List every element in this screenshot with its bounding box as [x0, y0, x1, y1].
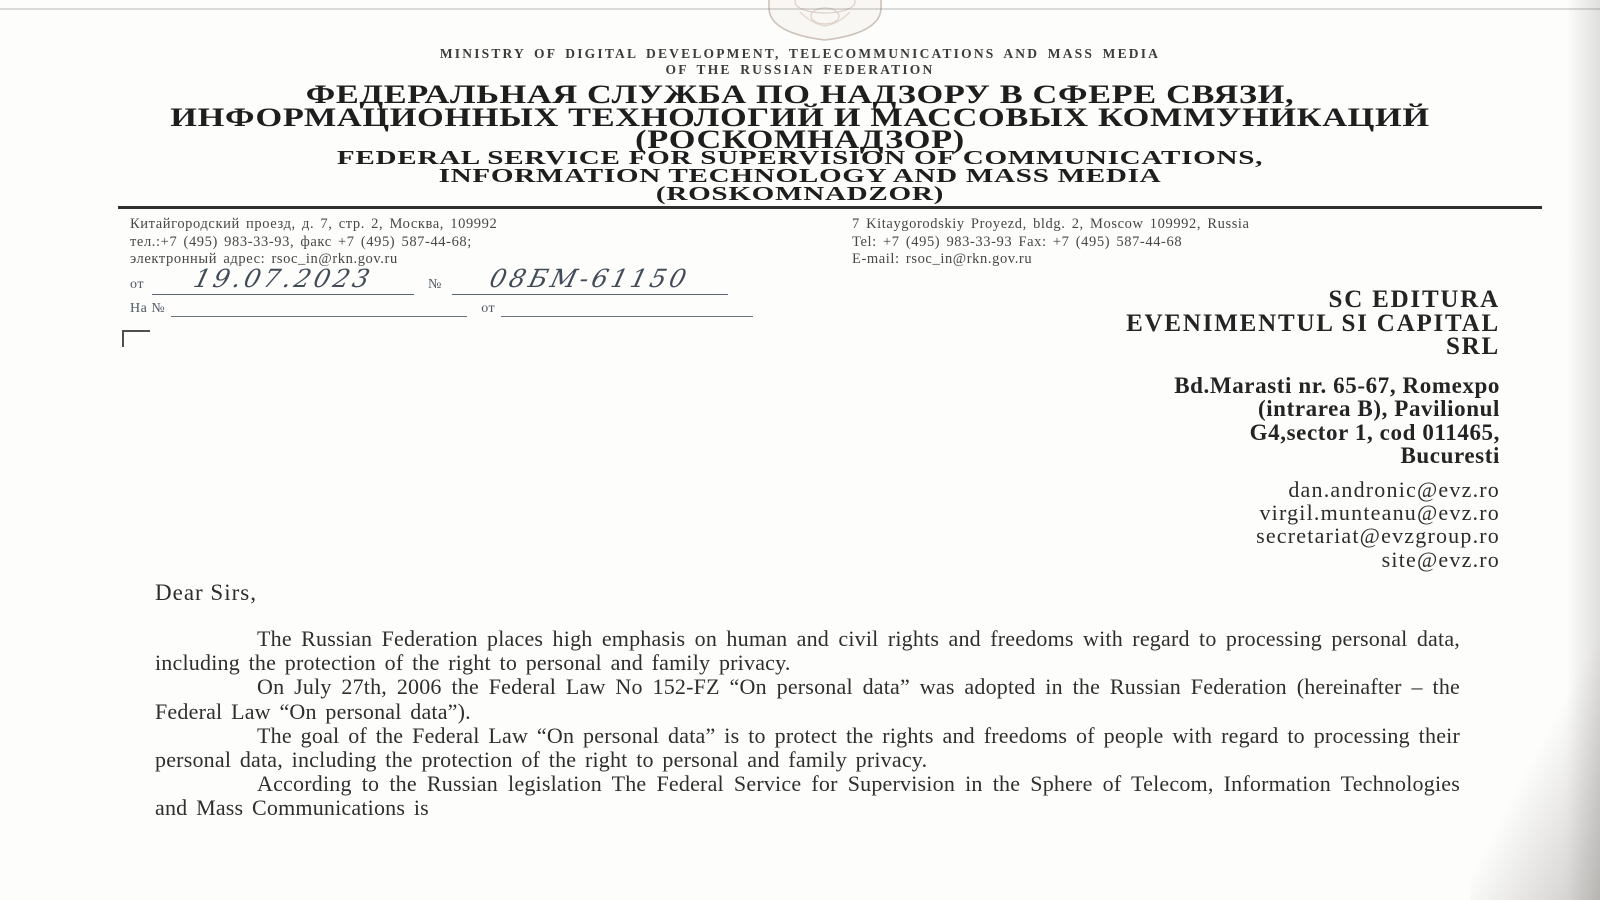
contact-en-phone: Tel: +7 (495) 983-33-93 Fax: +7 (495) 58… — [852, 234, 1532, 252]
scan-corner-shadow — [1470, 470, 1600, 900]
ministry-line-2: OF THE RUSSIAN FEDERATION — [0, 62, 1600, 78]
recipient-address-line-4: Bucuresti — [1174, 444, 1500, 467]
reply-date-blank-field — [501, 302, 753, 317]
contact-block-russian: Китайгородский проезд, д. 7, стр. 2, Мос… — [130, 216, 730, 269]
handwritten-date: 19.07.2023 — [190, 266, 375, 294]
scanned-letter-page: MINISTRY OF DIGITAL DEVELOPMENT, TELECOM… — [0, 0, 1600, 900]
recipient-address-line-3: G4,sector 1, cod 011465, — [1174, 421, 1500, 444]
service-name-english: FEDERAL SERVICE FOR SUPERVISION OF COMMU… — [0, 150, 1600, 203]
contact-ru-address: Китайгородский проезд, д. 7, стр. 2, Мос… — [130, 216, 730, 234]
recipient-email: virgil.munteanu@evz.ro — [1256, 501, 1500, 524]
recipient-emails: dan.andronic@evz.ro virgil.munteanu@evz.… — [1256, 478, 1500, 571]
body-paragraph: The goal of the Federal Law “On personal… — [155, 724, 1460, 772]
letterhead-divider — [118, 206, 1542, 209]
body-paragraph: According to the Russian legislation The… — [155, 772, 1460, 820]
number-label: № — [428, 277, 442, 295]
recipient-name-line-2: EVENIMENTUL SI CAPITAL — [1126, 312, 1500, 336]
recipient-email: secretariat@evzgroup.ro — [1256, 524, 1500, 547]
salutation: Dear Sirs, — [155, 580, 1460, 606]
scan-top-edge — [0, 8, 1600, 10]
recipient-name-line-3: SRL — [1126, 335, 1500, 359]
body-paragraph: On July 27th, 2006 the Federal Law No 15… — [155, 675, 1460, 723]
reply-number-label: На № — [130, 301, 165, 317]
address-corner-mark — [122, 330, 150, 347]
contact-ru-phone: тел.:+7 (495) 983-33-93, факс +7 (495) 5… — [130, 234, 730, 252]
recipient-name-line-1: SC EDITURA — [1126, 288, 1500, 312]
reply-number-blank-field — [171, 302, 467, 317]
recipient-address: Bd.Marasti nr. 65-67, Romexpo (intrarea … — [1174, 374, 1500, 467]
from-date-label: от — [130, 277, 144, 295]
outgoing-number-field: 08БМ-61150 — [452, 266, 728, 295]
letter-content: MINISTRY OF DIGITAL DEVELOPMENT, TELECOM… — [0, 0, 1600, 900]
reference-row-reply: На № от — [130, 301, 753, 317]
ministry-line-1: MINISTRY OF DIGITAL DEVELOPMENT, TELECOM… — [0, 46, 1600, 62]
handwritten-number: 08БМ-61150 — [487, 266, 693, 294]
letter-body: Dear Sirs, The Russian Federation places… — [155, 580, 1460, 821]
recipient-email: site@evz.ro — [1256, 548, 1500, 571]
service-en-line-3: (ROSKOMNADZOR) — [0, 186, 1600, 204]
ministry-header: MINISTRY OF DIGITAL DEVELOPMENT, TELECOM… — [0, 46, 1600, 78]
recipient-address-line-1: Bd.Marasti nr. 65-67, Romexpo — [1174, 374, 1500, 397]
contact-en-address: 7 Kitaygorodskiy Proyezd, bldg. 2, Mosco… — [852, 216, 1532, 234]
recipient-address-line-2: (intrarea B), Pavilionul — [1174, 397, 1500, 420]
outgoing-date-field: 19.07.2023 — [152, 266, 414, 295]
contact-block-english: 7 Kitaygorodskiy Proyezd, bldg. 2, Mosco… — [852, 216, 1532, 269]
contact-en-email: E-mail: rsoc_in@rkn.gov.ru — [852, 251, 1532, 269]
reference-row-outgoing: от 19.07.2023 № 08БМ-61150 — [130, 266, 728, 295]
body-paragraph: The Russian Federation places high empha… — [155, 627, 1460, 675]
service-name-russian: ФЕДЕРАЛЬНАЯ СЛУЖБА ПО НАДЗОРУ В СФЕРЕ СВ… — [0, 84, 1600, 152]
reply-date-label: от — [481, 301, 495, 317]
russian-coat-of-arms-icon — [760, 0, 890, 42]
recipient-name: SC EDITURA EVENIMENTUL SI CAPITAL SRL — [1126, 288, 1500, 359]
body-paragraphs: The Russian Federation places high empha… — [155, 627, 1460, 821]
recipient-email: dan.andronic@evz.ro — [1256, 478, 1500, 501]
